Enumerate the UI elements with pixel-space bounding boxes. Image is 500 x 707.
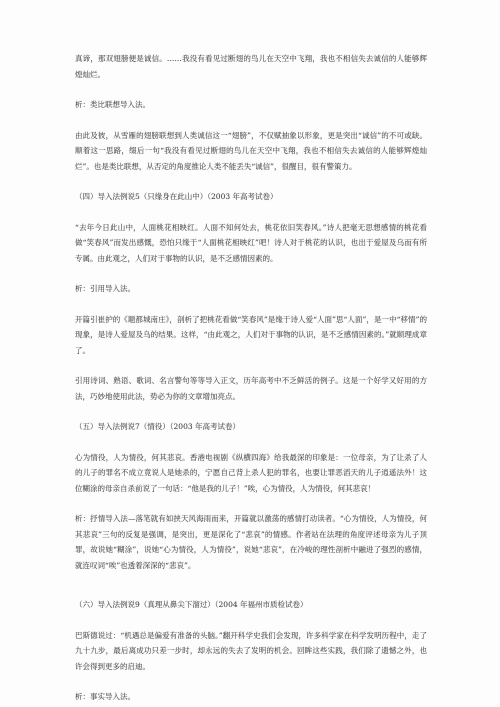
- body-paragraph: 开篇引崔护的《题都城南庄》，剖析了把桃花看做“笑春风”是缘于诗人爱“人面”思“人…: [75, 312, 427, 359]
- section-heading: （五）导入法例说7（情役）（2003 年高考试卷）: [75, 419, 427, 435]
- analysis-note: 析：抒情导入法—落笔就有如挟天风海雨而来，开篇就以激荡的感情打动读者。“心为情役…: [75, 511, 427, 573]
- document-page: 真谛，那双翅膀便是诚信。……我没有看见过断翅的鸟儿在天空中飞翔，我也不相信失去诚…: [0, 0, 500, 707]
- analysis-note: 析：事实导入法。: [75, 689, 427, 705]
- section-heading: （六）导入法例说9（真理从鼻尖下溜过）（2004 年福州市质检试卷）: [75, 597, 427, 613]
- body-paragraph: “去年今日此山中，人面桃花相映红。人面不知何处去，桃花依旧笑春风。”诗人把毫无思…: [75, 220, 427, 267]
- body-paragraph: 真谛，那双翅膀便是诚信。……我没有看见过断翅的鸟儿在天空中飞翔，我也不相信失去诚…: [75, 51, 427, 82]
- section-heading: （四）导入法例说5（只缘身在此山中）（2003 年高考试卷）: [75, 189, 427, 205]
- document-content: 真谛，那双翅膀便是诚信。……我没有看见过断翅的鸟儿在天空中飞翔，我也不相信失去诚…: [75, 51, 427, 705]
- body-paragraph: 引用诗词、熟语、歌词、名言警句等等导入正文，历年高考中不乏鲜活的例子。这是一个好…: [75, 373, 427, 404]
- body-paragraph: 心为情役，人为情役，何其悲哀。香港电视剧《纵横四海》给我最深的印象是：一位母亲，…: [75, 450, 427, 497]
- analysis-note: 析：类比联想导入法。: [75, 97, 427, 113]
- body-paragraph: 由此及彼，从雪雁的翅膀联想到人类诚信这一“翅膀”，不仅赋抽象以形象，更是突出“诚…: [75, 128, 427, 175]
- analysis-note: 析：引用导入法。: [75, 281, 427, 297]
- body-paragraph: 巴斯德说过：“机遇总是偏爱有准备的头脑。”翻开科学史我们会发现，许多科学家在科学…: [75, 628, 427, 675]
